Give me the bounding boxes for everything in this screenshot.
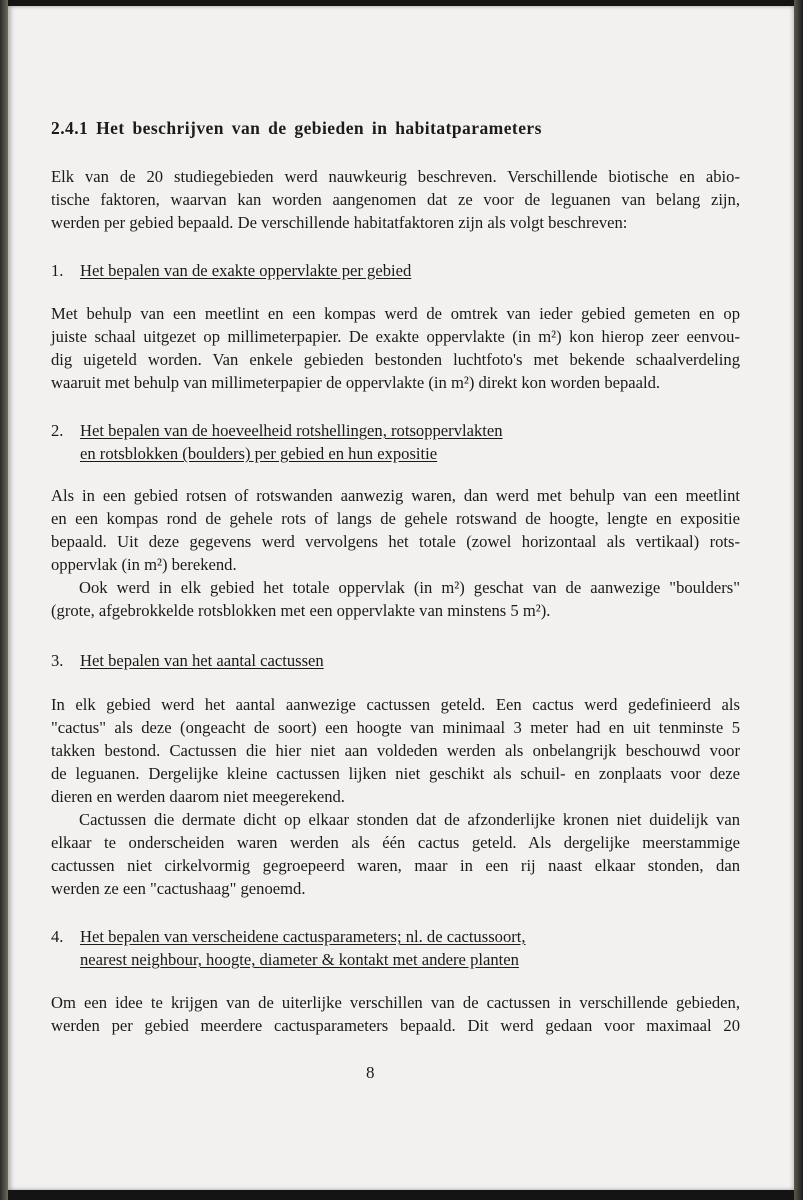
text-line: werden per gebied bepaald. De verschille… — [51, 211, 740, 234]
text-line: dig uigeteld worden. Van enkele gebieden… — [51, 348, 740, 371]
item-1-paragraph: Met behulp van een meetlint en een kompa… — [51, 302, 740, 394]
text-line: Ook werd in elk gebied het totale opperv… — [51, 576, 740, 599]
text-line: elkaar te onderscheiden waren werden als… — [51, 831, 740, 854]
list-item-2-heading: 2.Het bepalen van de hoeveelheid rotshel… — [51, 419, 503, 465]
list-item-title-continued: nearest neighbour, hoogte, diameter & ko… — [51, 948, 526, 971]
text-line: tische faktoren, waarvan kan worden aang… — [51, 188, 740, 211]
list-item-title: Het bepalen van de hoeveelheid rotshelli… — [80, 421, 503, 440]
page-number: 8 — [366, 1063, 375, 1083]
text-line: takken bestond. Cactussen die hier niet … — [51, 739, 740, 762]
item-3-paragraph-1: In elk gebied werd het aantal aanwezige … — [51, 693, 740, 808]
text-line: Elk van de 20 studiegebieden werd nauwke… — [51, 165, 740, 188]
text-line: cactussen niet cirkelvormig gegroepeerd … — [51, 854, 740, 877]
text-line: bepaald. Uit deze gegevens werd vervolge… — [51, 530, 740, 553]
list-number: 2. — [51, 419, 80, 442]
list-item-3-heading: 3.Het bepalen van het aantal cactussen — [51, 649, 324, 672]
list-number: 4. — [51, 925, 80, 948]
text-line: Om een idee te krijgen van de uiterlijke… — [51, 991, 740, 1014]
text-line: Als in een gebied rotsen of rotswanden a… — [51, 484, 740, 507]
item-4-paragraph: Om een idee te krijgen van de uiterlijke… — [51, 991, 740, 1037]
list-item-title: Het bepalen van het aantal cactussen — [80, 651, 324, 670]
list-item-title: Het bepalen van verscheidene cactusparam… — [80, 927, 526, 946]
text-line: werden per gebied meerdere cactusparamet… — [51, 1014, 740, 1037]
list-item-4-heading: 4.Het bepalen van verscheidene cactuspar… — [51, 925, 526, 971]
text-line: dieren en werden daarom niet meegerekend… — [51, 785, 740, 808]
item-3-paragraph-2: Cactussen die dermate dicht op elkaar st… — [51, 808, 740, 900]
section-heading: 2.4.1 Het beschrijven van de gebieden in… — [51, 118, 542, 139]
list-item-title-continued: en rotsblokken (boulders) per gebied en … — [51, 442, 503, 465]
intro-paragraph: Elk van de 20 studiegebieden werd nauwke… — [51, 165, 740, 234]
list-item-title: Het bepalen van de exakte oppervlakte pe… — [80, 261, 411, 280]
text-line: de leguanen. Dergelijke kleine cactussen… — [51, 762, 740, 785]
text-line: Cactussen die dermate dicht op elkaar st… — [51, 808, 740, 831]
text-line: waaruit met behulp van millimeterpapier … — [51, 371, 740, 394]
scanned-page: 2.4.1 Het beschrijven van de gebieden in… — [0, 0, 803, 1200]
list-number: 1. — [51, 259, 80, 282]
list-item-1-heading: 1.Het bepalen van de exakte oppervlakte … — [51, 259, 411, 282]
text-line: "cactus" als deze (ongeacht de soort) ee… — [51, 716, 740, 739]
item-2-paragraph-1: Als in een gebied rotsen of rotswanden a… — [51, 484, 740, 576]
list-number: 3. — [51, 649, 80, 672]
text-line: oppervlak (in m²) berekend. — [51, 553, 740, 576]
page-content: 2.4.1 Het beschrijven van de gebieden in… — [0, 0, 803, 1200]
text-line: werden ze een "cactushaag" genoemd. — [51, 877, 740, 900]
text-line: In elk gebied werd het aantal aanwezige … — [51, 693, 740, 716]
text-line: juiste schaal uitgezet op millimeterpapi… — [51, 325, 740, 348]
text-line: en een kompas rond de gehele rots of lan… — [51, 507, 740, 530]
text-line: Met behulp van een meetlint en een kompa… — [51, 302, 740, 325]
item-2-paragraph-2: Ook werd in elk gebied het totale opperv… — [51, 576, 740, 622]
text-line: (grote, afgebrokkelde rotsblokken met ee… — [51, 599, 740, 622]
